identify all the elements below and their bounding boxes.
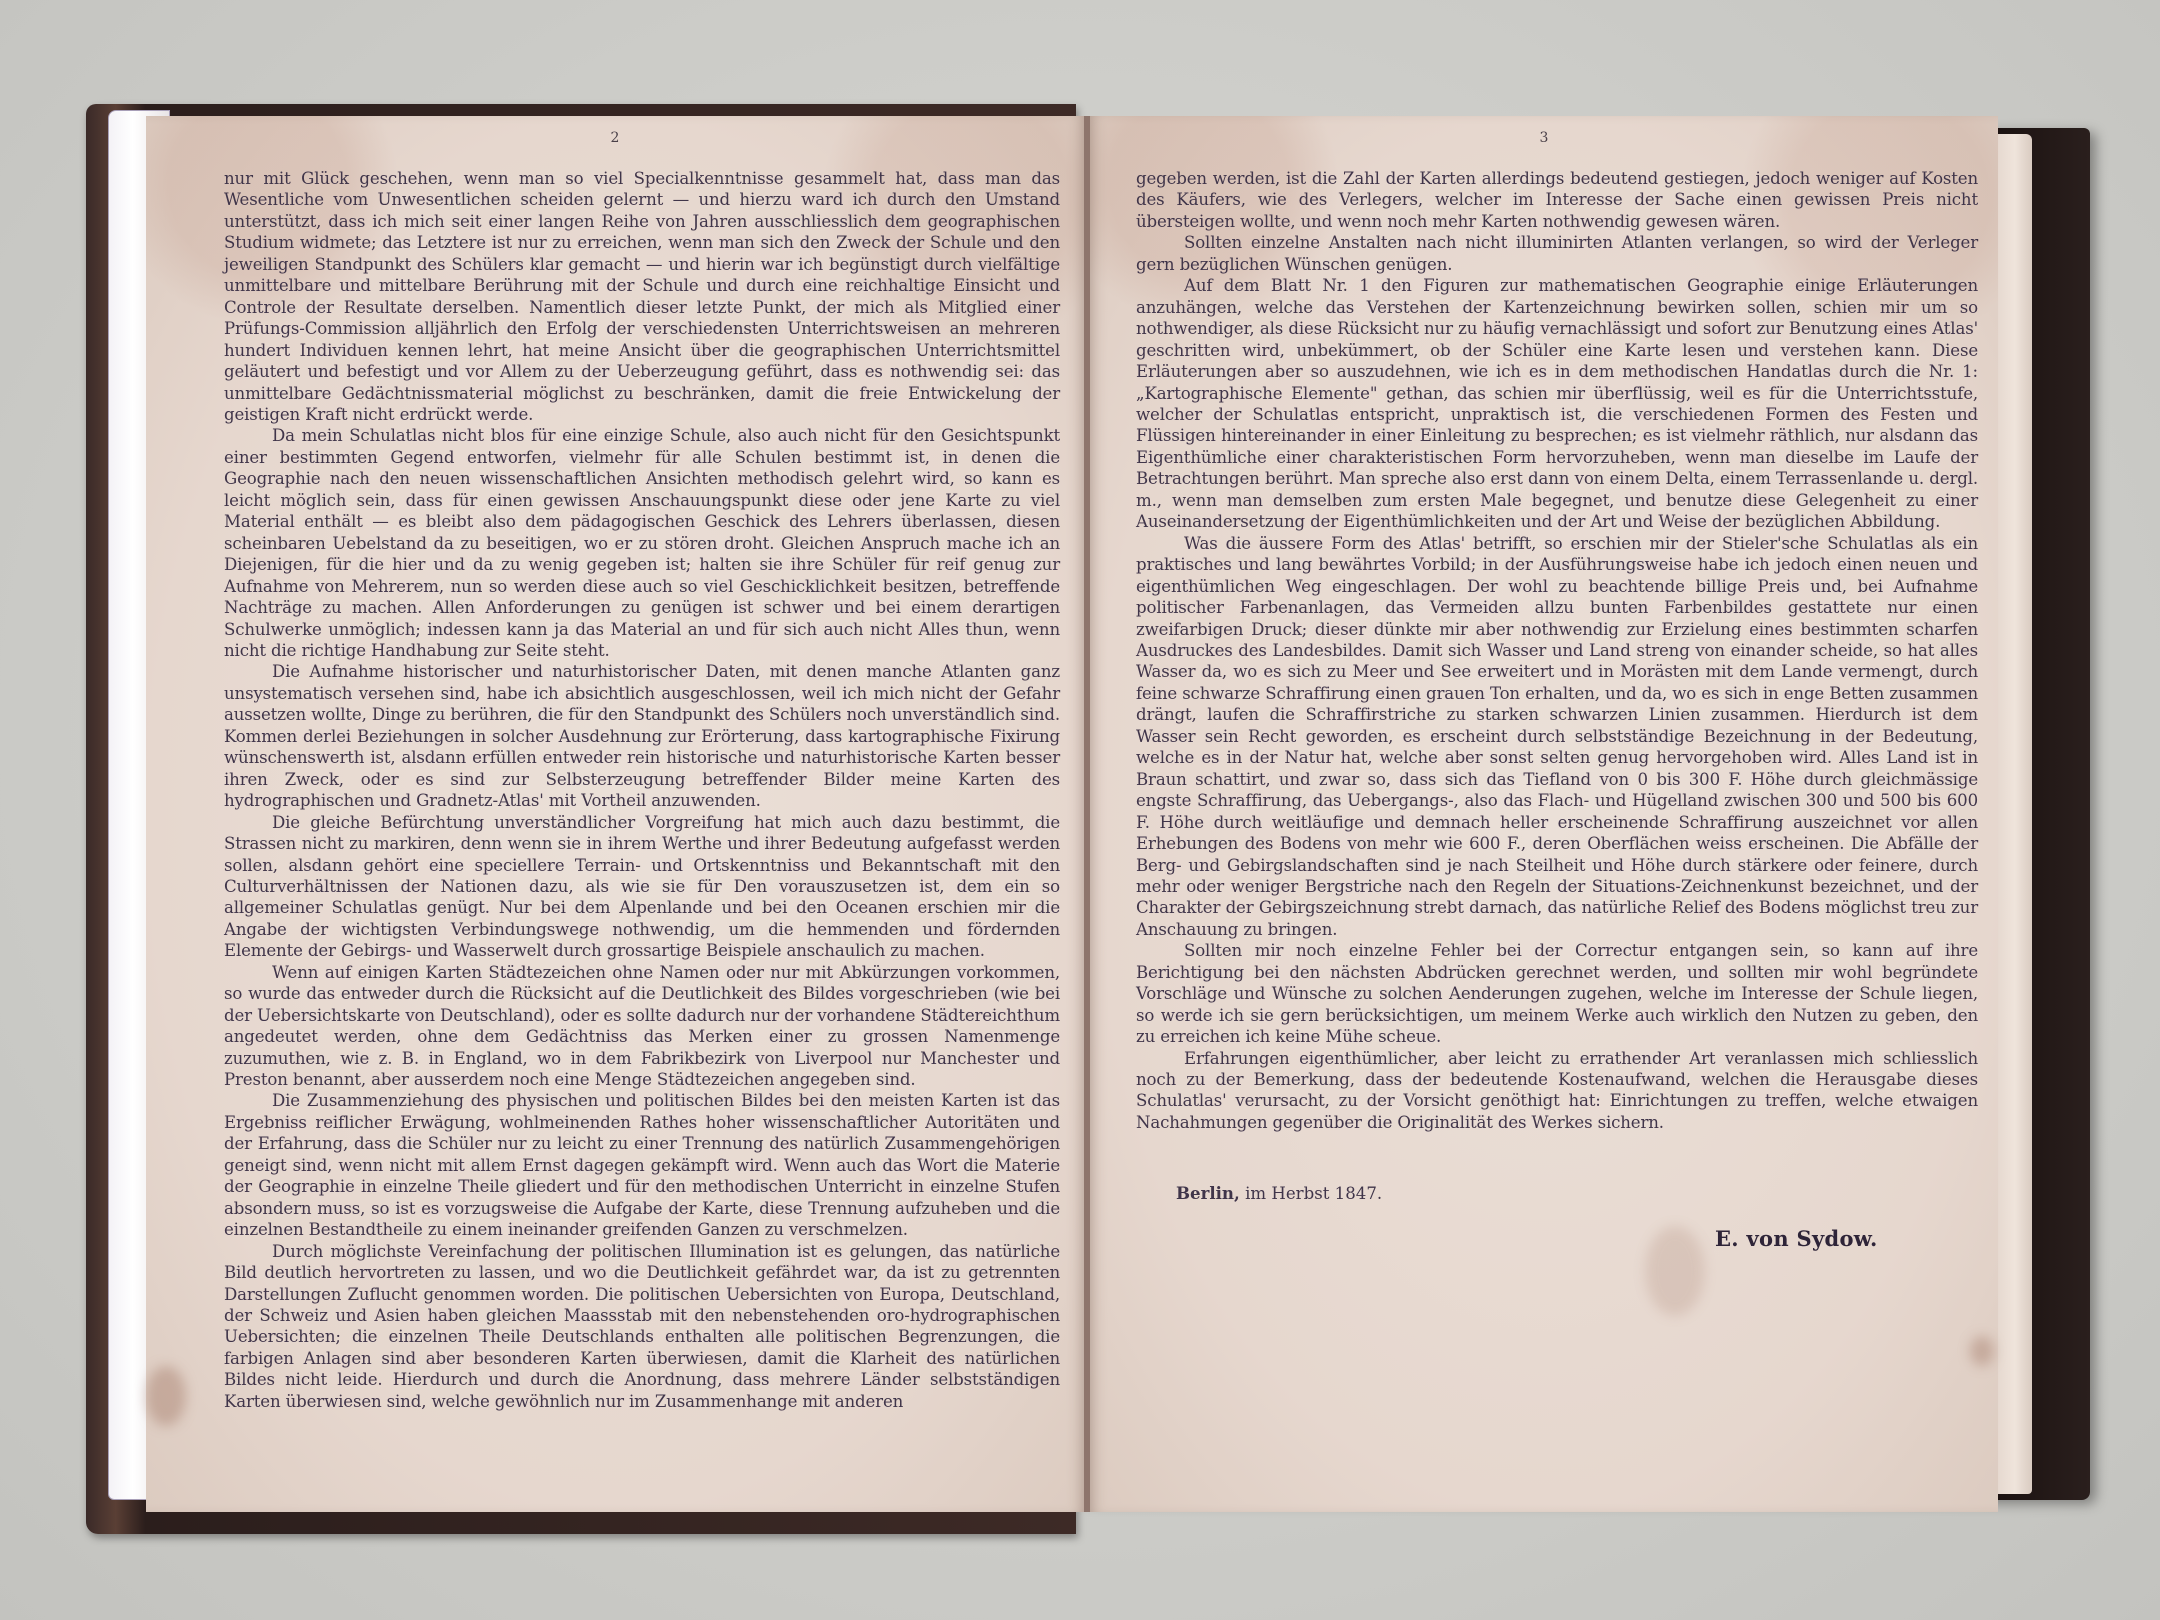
page-edge-right (1998, 134, 2032, 1494)
right-page: 3 gegeben werden, ist die Zahl der Karte… (1090, 116, 1998, 1512)
date: im Herbst 1847. (1245, 1184, 1382, 1203)
paragraph: Was die äussere Form des Atlas' betrifft… (1136, 533, 1978, 941)
page-number: 2 (146, 130, 1084, 146)
paragraph: Durch möglichste Vereinfachung der polit… (224, 1241, 1060, 1413)
paragraph: Erfahrungen eigenthümlicher, aber leicht… (1136, 1048, 1978, 1134)
left-page: 2 nur mit Glück geschehen, wenn man so v… (146, 116, 1084, 1512)
place-date-line: Berlin, im Herbst 1847. (1176, 1183, 1382, 1203)
right-page-text: gegeben werden, ist die Zahl der Karten … (1136, 168, 1978, 1133)
foxing-stain (1645, 1226, 1705, 1316)
paragraph: Auf dem Blatt Nr. 1 den Figuren zur math… (1136, 275, 1978, 532)
paragraph: Wenn auf einigen Karten Städtezeichen oh… (224, 962, 1060, 1091)
left-page-text: nur mit Glück geschehen, wenn man so vie… (224, 168, 1060, 1412)
paragraph: Sollten einzelne Anstalten nach nicht il… (1136, 232, 1978, 275)
paragraph: Sollten mir noch einzelne Fehler bei der… (1136, 940, 1978, 1047)
place: Berlin, (1176, 1183, 1240, 1203)
paragraph: gegeben werden, ist die Zahl der Karten … (1136, 168, 1978, 232)
paragraph: nur mit Glück geschehen, wenn man so vie… (224, 168, 1060, 425)
paragraph: Die Zusammenziehung des physischen und p… (224, 1090, 1060, 1240)
foxing-stain (146, 1366, 186, 1426)
page-number: 3 (1090, 130, 1998, 146)
paragraph: Die Aufnahme historischer und naturhisto… (224, 661, 1060, 811)
foxing-stain (1970, 1336, 1994, 1366)
paragraph: Die gleiche Befürchtung unverständlicher… (224, 812, 1060, 962)
author-signature: E. von Sydow. (1715, 1226, 1878, 1251)
paragraph: Da mein Schulatlas nicht blos für eine e… (224, 425, 1060, 661)
